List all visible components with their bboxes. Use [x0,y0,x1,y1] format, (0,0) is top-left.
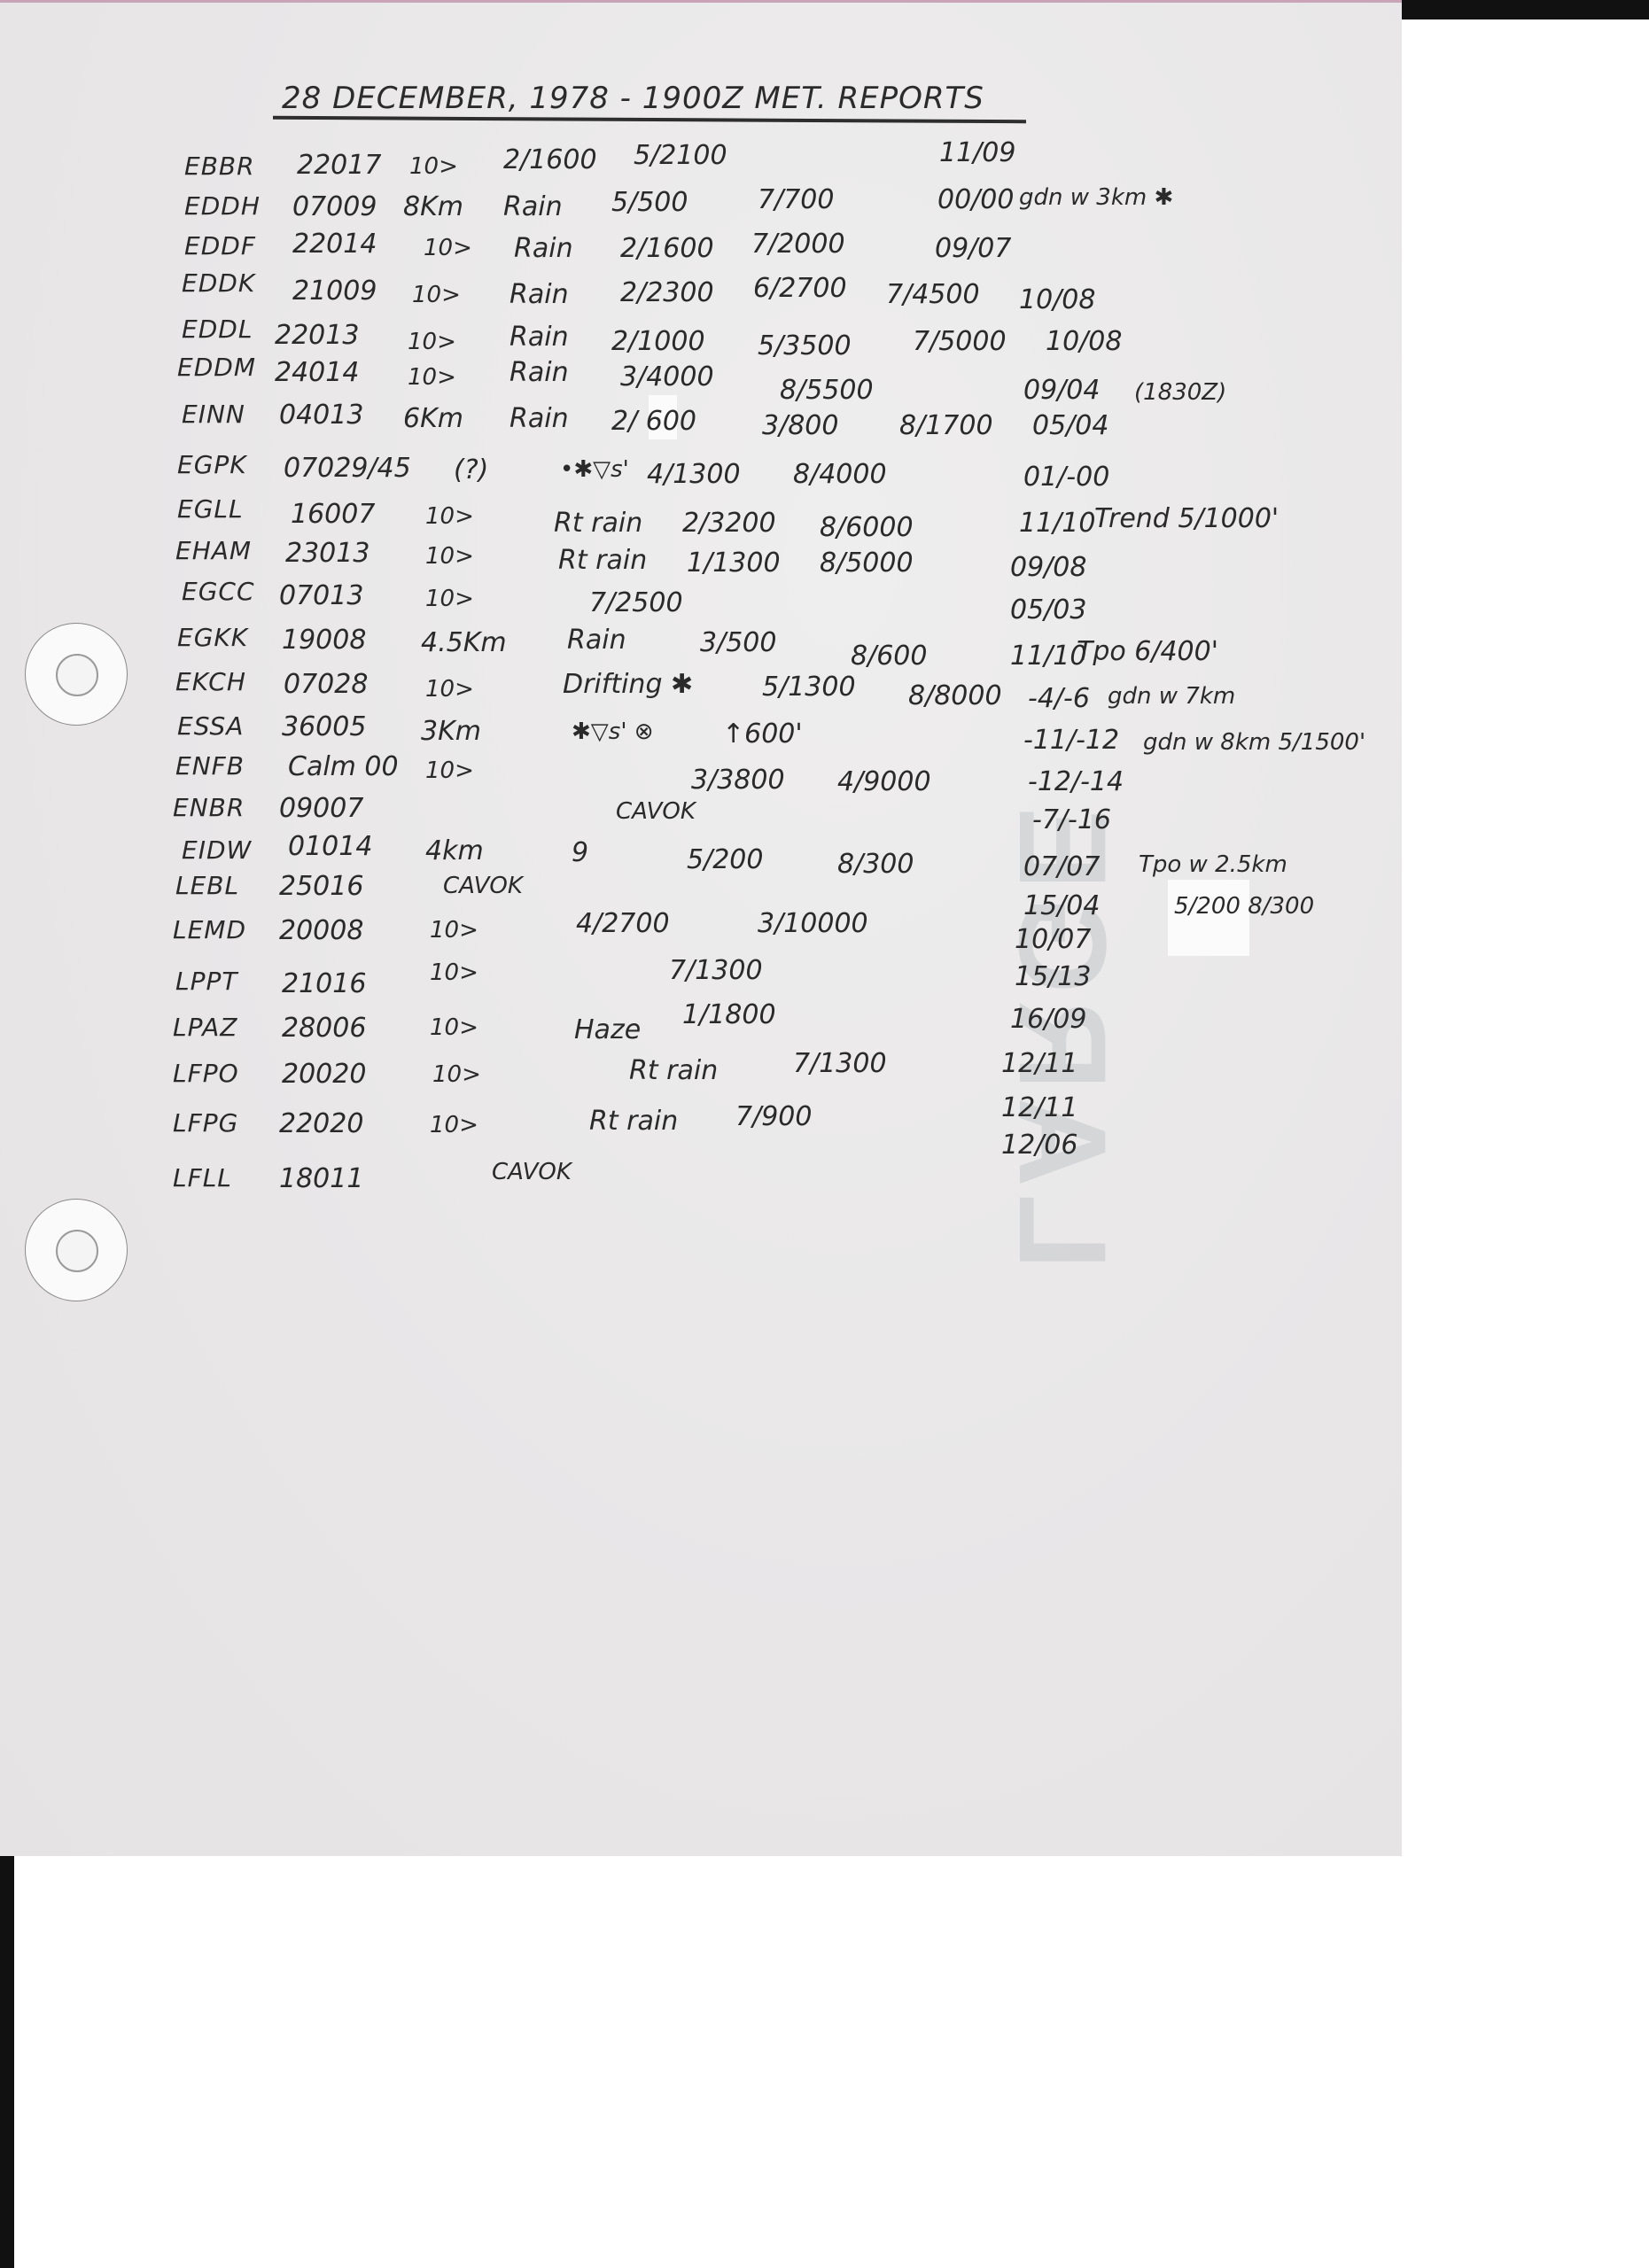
temp-dewpoint: 10/07 [1015,924,1091,955]
punch-hole-icon [25,623,128,726]
cloud-layer: 8/4000 [793,459,887,490]
wind: 21016 [282,968,366,999]
cloud-layer: 8/6000 [820,512,914,543]
cloud-layer: 5/1300 [762,672,856,703]
paper-sheet: LARGE 28 DECEMBER, 1978 - 1900Z MET. REP… [0,0,1402,1856]
wind: 22014 [292,229,377,260]
visibility: 4km [425,835,484,866]
remarks: Tpo 6/400' [1077,636,1218,667]
visibility: 6Km [403,403,463,434]
visibility: 10> [409,153,458,180]
visibility: 10> [424,235,472,261]
cloud-layer: 7/5000 [913,326,1007,357]
station-code: EGKK [177,623,248,652]
station-code: LFLL [173,1163,232,1192]
weather: CAVOK [492,1159,572,1185]
temp-dewpoint: -11/-12 [1023,725,1119,756]
weather: Rt rain [558,545,647,576]
visibility: 10> [425,543,474,570]
page-title: 28 DECEMBER, 1978 - 1900Z MET. REPORTS [282,81,984,116]
weather: Rain [503,191,563,222]
weather: Haze [574,1014,641,1045]
wind: 28006 [282,1013,366,1044]
temp-dewpoint: 00/00 [937,184,1014,215]
station-code: ENFB [175,751,245,781]
remarks: 5/200 8/300 [1174,893,1314,920]
station-code: LEBL [175,871,239,900]
weather: CAVOK [616,798,696,825]
weather: Rain [509,322,569,353]
remarks: gdn w 3km ✱ [1019,184,1173,211]
temp-dewpoint: 10/08 [1046,326,1122,357]
station-code: EIDW [182,835,252,865]
temp-dewpoint: 05/03 [1010,594,1086,625]
wind: 07013 [279,580,363,611]
visibility: 10> [425,676,474,703]
station-code: EGPK [177,450,247,479]
temp-dewpoint: 12/11 [1001,1092,1077,1123]
cloud-layer: 8/8000 [908,680,1002,711]
cloud-layer: 2/2300 [620,277,714,308]
cloud-layer: 2/3200 [682,508,776,539]
temp-dewpoint: 16/09 [1010,1004,1086,1035]
cloud-layer: 5/2100 [634,140,727,171]
station-code: EDDM [177,353,256,382]
temp-dewpoint: -4/-6 [1028,683,1090,714]
remarks: gdn w 8km 5/1500' [1143,729,1365,756]
visibility: 10> [408,364,456,391]
cloud-layer: 2/1600 [503,144,597,175]
wind: 07028 [284,669,368,700]
weather: Rain [514,233,573,264]
cloud-layer: 1/1800 [682,999,776,1030]
weather: Drifting ✱ [563,669,693,700]
temp-dewpoint: 10/08 [1019,284,1095,315]
station-code: LFPO [173,1059,239,1088]
cloud-layer: 3/10000 [758,908,868,939]
visibility: 10> [425,503,474,530]
wind: 20020 [282,1059,366,1090]
visibility: 8Km [403,191,463,222]
weather: Rain [567,625,626,656]
temp-dewpoint: 12/11 [1001,1048,1077,1079]
station-code: EBBR [184,151,255,181]
cloud-layer: 8/300 [837,849,914,880]
station-code: EGLL [177,494,244,524]
temp-dewpoint: 15/13 [1015,961,1091,992]
cloud-layer: 4/1300 [647,459,741,490]
temp-dewpoint: -7/-16 [1032,804,1111,835]
cloud-layer: 3/3800 [691,765,785,796]
visibility: 10> [430,1112,478,1138]
visibility: 10> [430,959,478,986]
visibility: (?) [454,454,488,485]
visibility: 10> [412,282,461,308]
weather: Rain [509,279,569,310]
station-code: EHAM [175,536,252,565]
remarks: gdn w 7km [1108,683,1235,710]
weather-symbol: •✱▽s' [560,456,629,483]
cloud-layer: 8/600 [851,641,927,672]
wind: Calm 00 [288,751,399,782]
cloud-layer: 7/900 [735,1101,812,1132]
wind: 19008 [282,625,366,656]
temp-dewpoint: 05/04 [1032,410,1108,441]
station-code: ENBR [173,793,245,822]
cloud-layer: 4/2700 [576,908,670,939]
wind: 25016 [279,871,363,902]
weather: Rt rain [589,1106,678,1137]
station-code: LFPG [173,1108,238,1138]
temp-dewpoint: 11/10 [1010,641,1086,672]
remarks: (1830Z) [1134,379,1226,406]
cloud-layer: 2/1000 [611,326,705,357]
station-code: LPAZ [173,1013,237,1042]
wind: 04013 [279,400,363,431]
weather: Rt rain [629,1055,718,1086]
wind: 01014 [288,831,372,862]
wind: 16007 [291,499,375,530]
weather-symbol: ✱▽s' ⊗ [572,718,654,745]
wind: 18011 [279,1163,363,1194]
cloud-layer: 4/9000 [837,766,931,797]
station-code: EDDK [182,268,255,298]
scan-border-left [0,1856,14,2268]
cloud-layer: 8/5500 [780,375,874,406]
wind: 22020 [279,1108,363,1139]
cloud-layer: 3/800 [762,410,838,441]
cloud-layer: 7/4500 [886,279,980,310]
wind: 21009 [292,276,377,307]
cloud-layer: 7/700 [758,184,834,215]
temp-dewpoint: 15/04 [1023,890,1100,921]
weather: Rain [509,403,569,434]
scan-border-top [1400,0,1649,19]
visibility: 10> [432,1061,481,1088]
temp-dewpoint: 12/06 [1001,1130,1077,1161]
cloud-layer: 6/2700 [753,273,847,304]
wind: 07029/45 [284,453,411,484]
cloud-layer: 3/500 [700,627,776,658]
station-code: EINN [182,400,245,429]
wind: 23013 [285,538,369,569]
station-code: EDDF [184,231,256,260]
visibility: CAVOK [443,873,523,899]
visibility: 10> [430,1014,478,1041]
weather-symbol: 9 [572,837,588,868]
station-code: EDDL [182,315,253,344]
cloud-layer: 2/1600 [620,233,714,264]
station-code: EGCC [182,577,255,606]
visibility: 10> [408,329,456,355]
temp-dewpoint: -12/-14 [1028,766,1124,797]
wind: 07009 [292,191,377,222]
cloud-layer: 2/ 600 [611,406,696,437]
cloud-layer: ↑600' [722,718,803,750]
visibility: 4.5Km [421,627,507,658]
remarks: Tpo w 2.5km [1139,851,1287,878]
cloud-layer: 8/1700 [899,410,993,441]
cloud-layer: 1/1300 [687,548,781,579]
title-underline [273,116,1026,123]
temp-dewpoint: 07/07 [1023,851,1100,882]
temp-dewpoint: 11/10 [1019,508,1095,539]
wind: 24014 [275,357,359,388]
cloud-layer: 7/1300 [793,1048,887,1079]
wind: 22013 [275,320,359,351]
temp-dewpoint: 01/-00 [1023,462,1109,493]
wind: 20008 [279,915,363,946]
cloud-layer: 7/2000 [751,229,845,260]
visibility: 10> [425,757,474,784]
cloud-layer: 7/2500 [589,587,683,618]
temp-dewpoint: 11/09 [939,137,1015,168]
visibility: 10> [430,917,478,944]
temp-dewpoint: 09/08 [1010,552,1086,583]
temp-dewpoint: 09/07 [935,233,1011,264]
station-code: EKCH [175,667,246,696]
station-code: LPPT [175,967,237,996]
temp-dewpoint: 09/04 [1023,375,1100,406]
cloud-layer: 3/4000 [620,361,714,392]
cloud-layer: 5/3500 [758,330,852,361]
station-code: ESSA [177,711,244,741]
remarks: Trend 5/1000' [1094,503,1279,534]
wind: 36005 [282,711,366,742]
weather: Rt rain [554,508,642,539]
weather: Rain [509,357,569,388]
wind: 09007 [279,793,363,824]
wind: 22017 [297,150,381,181]
visibility: 3Km [421,716,481,747]
station-code: EDDH [184,191,261,221]
station-code: LEMD [173,915,246,944]
visibility: 10> [425,586,474,612]
cloud-layer: 7/1300 [669,955,763,986]
cloud-layer: 8/5000 [820,548,914,579]
cloud-layer: 5/500 [611,187,688,218]
punch-hole-icon [25,1199,128,1301]
cloud-layer: 5/200 [687,844,763,875]
